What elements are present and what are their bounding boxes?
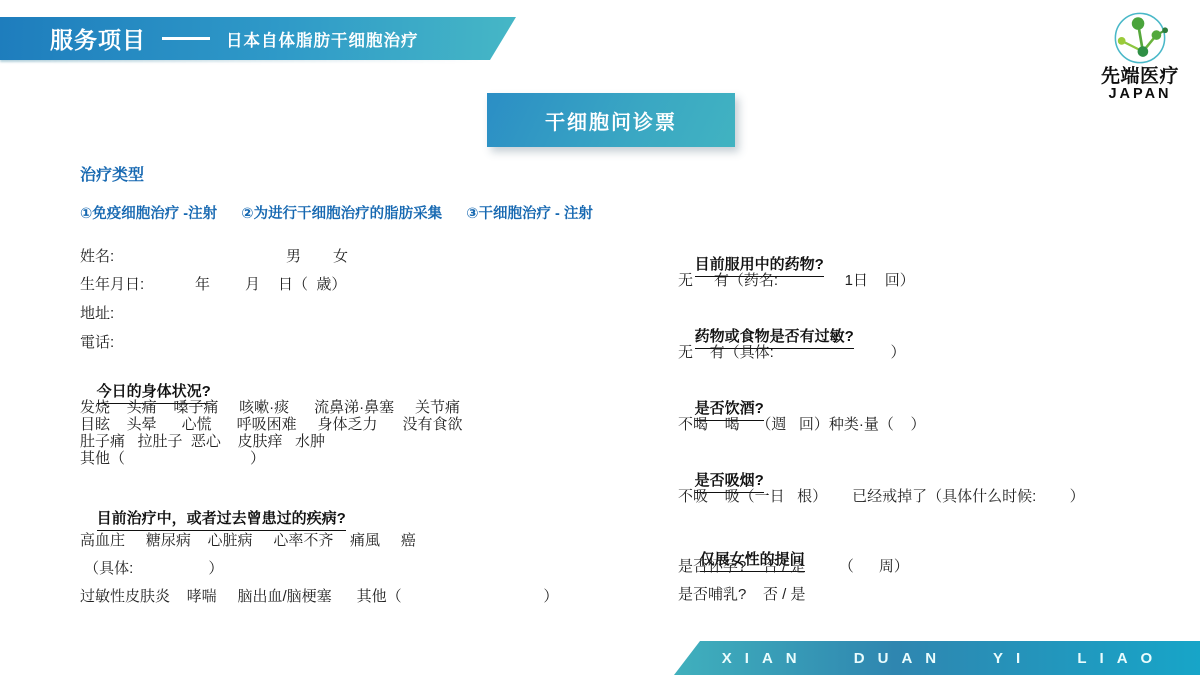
brand-logo: 先端医疗 JAPAN	[1094, 10, 1186, 103]
birth-year-label: 年	[195, 273, 210, 294]
address-label: 地址:	[80, 302, 114, 323]
header-banner: 服务项目 日本自体脂肪干细胞治疗	[0, 17, 516, 60]
symptom-line: 发烧 头痛 嗓子痛 咳嗽·痰 流鼻涕·鼻塞 关节痛	[80, 399, 460, 416]
pregnancy-answer-line: 是否怀孕? 否 / 是 （ 周）	[678, 558, 909, 575]
form-title-banner: 干细胞问诊票	[487, 93, 735, 147]
breastfeeding-answer-line: 是否哺乳? 否 / 是	[678, 586, 806, 603]
smoking-answer-line: 不吸 吸（一日 根） 已经戒掉了（具体什么时候: ）	[678, 488, 1085, 505]
birthdate-label: 生年月日:	[80, 273, 144, 294]
birth-month-label: 月	[245, 273, 260, 294]
drinking-answer-line: 不喝 喝 （週 回）种类·量（ ）	[678, 416, 926, 433]
treatment-options: ①免疫细胞治疗 -注射 ②为进行干细胞治疗的脂肪采集 ③干细胞治疗 - 注射	[80, 202, 593, 223]
symptom-other-line: 其他（ ）	[80, 450, 265, 467]
logo-country: JAPAN	[1094, 87, 1186, 103]
dash-separator	[162, 37, 210, 40]
treatment-type-heading: 治疗类型	[80, 162, 144, 185]
symptom-line: 肚子痛 拉肚子 恶心 皮肤痒 水肿	[80, 433, 325, 450]
disease-line: 高血庄 糖尿病 心脏病 心率不齐 痛風 癌	[80, 532, 416, 549]
medication-answer-line: 无 有（药名: 1日 回）	[678, 272, 915, 289]
phone-label: 電话:	[80, 331, 114, 352]
birth-day-age-label: 日（ 歳）	[278, 273, 346, 294]
gender-female-option: 女	[333, 245, 348, 266]
name-label: 姓名:	[80, 245, 114, 266]
disease-detail-line: （具体: ）	[80, 560, 223, 577]
footer-banner: XIAN DUAN YI LIAO	[674, 641, 1200, 675]
molecule-network-icon	[1111, 10, 1169, 66]
page-subtitle: 日本自体脂肪干细胞治疗	[226, 27, 419, 51]
questionnaire-slide: 服务项目 日本自体脂肪干细胞治疗 先端医疗 JAPAN 干细胞问诊票 治疗类型 …	[0, 0, 1200, 675]
gender-male-option: 男	[286, 245, 301, 266]
symptom-line: 目眩 头晕 心慌 呼吸困难 身体乏力 没有食欲	[80, 416, 463, 433]
disease-line: 过敏性皮肤炎 哮喘 脑出血/脑梗塞 其他（ ）	[80, 588, 558, 605]
page-title: 服务项目	[50, 22, 146, 55]
logo-name: 先端医疗	[1094, 67, 1186, 87]
footer-brand-text: XIAN DUAN YI LIAO	[709, 650, 1165, 667]
form-title: 干细胞问诊票	[545, 106, 677, 135]
allergy-answer-line: 无 有（具体: ）	[678, 344, 906, 361]
